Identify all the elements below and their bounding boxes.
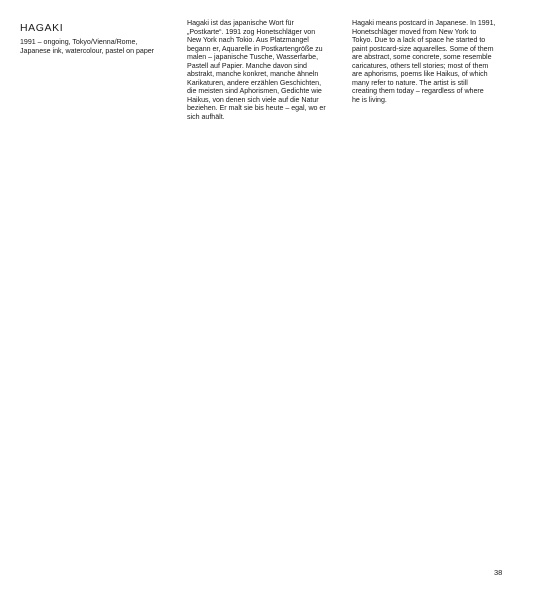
german-text-line: Hagaki ist das japanische Wort für [187, 19, 343, 28]
german-text-line: die meisten sind Aphorismen, Gedichte wi… [187, 87, 343, 96]
german-text-line: abstrakt, manche konkret, manche ähneln [187, 70, 343, 79]
english-text-line: creating them today – regardless of wher… [352, 87, 512, 96]
title-column: HAGAKI 1991 – ongoing, Tokyo/Vienna/Rome… [20, 22, 180, 55]
german-text-line: sich aufhält. [187, 113, 343, 122]
english-text-line: are abstract, some concrete, some resemb… [352, 53, 512, 62]
meta-line-materials: Japanese ink, watercolour, pastel on pap… [20, 47, 180, 56]
english-text-line: paint postcard-size aquarelles. Some of … [352, 45, 512, 54]
german-text-line: Haikus, von denen sich viele auf die Nat… [187, 96, 343, 105]
english-text-line: Tokyo. Due to a lack of space he started… [352, 36, 512, 45]
german-text-line: beziehen. Er malt sie bis heute – egal, … [187, 104, 343, 113]
artwork-meta: 1991 – ongoing, Tokyo/Vienna/Rome, Japan… [20, 38, 180, 55]
document-page: HAGAKI 1991 – ongoing, Tokyo/Vienna/Rome… [0, 0, 544, 600]
meta-line-dates-places: 1991 – ongoing, Tokyo/Vienna/Rome, [20, 38, 180, 47]
english-text-line: Hagaki means postcard in Japanese. In 19… [352, 19, 512, 28]
english-text-line: he is living. [352, 96, 512, 105]
german-text-line: New York nach Tokio. Aus Platzmangel [187, 36, 343, 45]
article-title: HAGAKI [20, 22, 180, 34]
german-text-line: Karikaturen, andere erzählen Geschichten… [187, 79, 343, 88]
german-text-line: Pastell auf Papier. Manche davon sind [187, 62, 343, 71]
german-text-column: Hagaki ist das japanische Wort für „Post… [187, 19, 343, 122]
english-text-column: Hagaki means postcard in Japanese. In 19… [352, 19, 512, 104]
english-text-line: caricatures, others tell stories; most o… [352, 62, 512, 71]
german-text-line: malen – japanische Tusche, Wasserfarbe, [187, 53, 343, 62]
english-text-line: many refer to nature. The artist is stil… [352, 79, 512, 88]
english-text-line: are aphorisms, poems like Haikus, of whi… [352, 70, 512, 79]
english-text-line: Honetschläger moved from New York to [352, 28, 512, 37]
german-text-line: „Postkarte“. 1991 zog Honetschläger von [187, 28, 343, 37]
german-text-line: begann er, Aquarelle in Postkartengröße … [187, 45, 343, 54]
page-number: 38 [494, 568, 502, 577]
